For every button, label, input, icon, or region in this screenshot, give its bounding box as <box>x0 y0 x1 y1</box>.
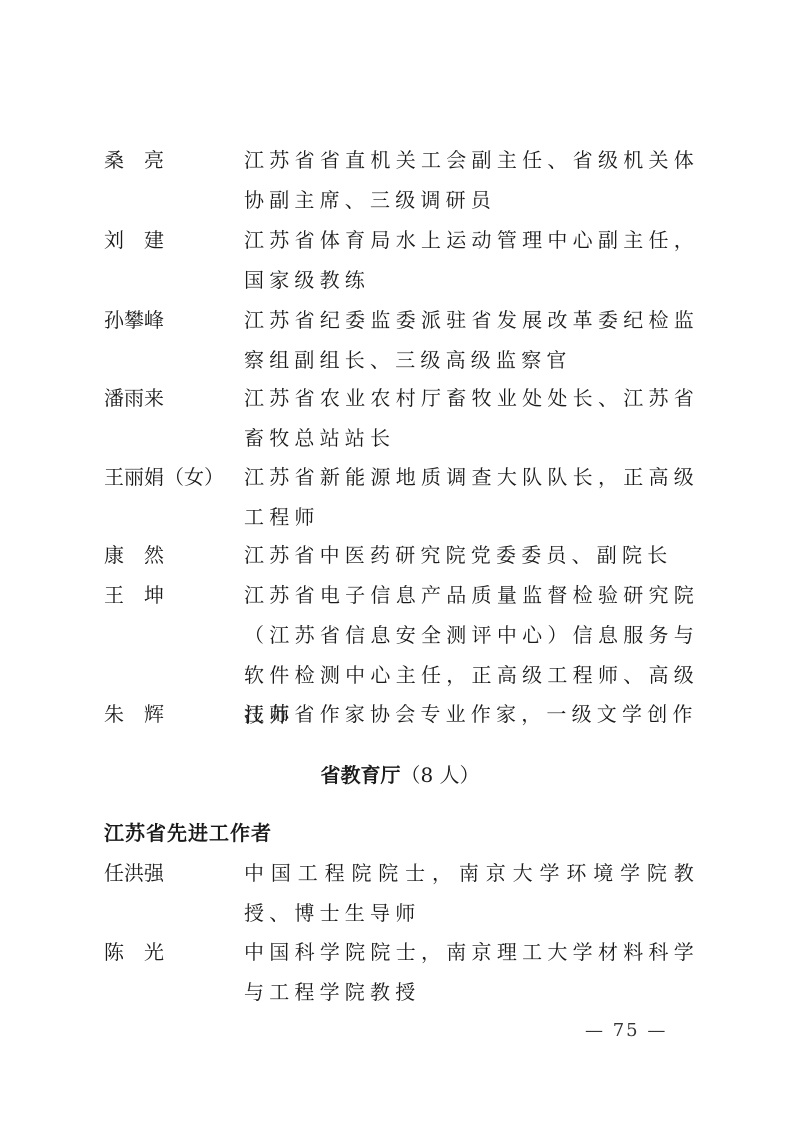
person-name: 王丽娟（女） <box>104 457 244 497</box>
person-title: 江苏省省直机关工会副主任、省级机关体协副主席、三级调研员 <box>244 140 699 220</box>
person-name: 康 然 <box>104 535 244 575</box>
person-name: 王 坤 <box>104 575 244 615</box>
person-title: 江苏省新能源地质调查大队队长，正高级工程师 <box>244 457 699 537</box>
person-title: 中国工程院院士，南京大学环境学院教授、博士生导师 <box>244 853 699 933</box>
person-title: 中国科学院院士，南京理工大学材料科学与工程学院教授 <box>244 932 699 1012</box>
person-title: 江苏省体育局水上运动管理中心副主任，国家级教练 <box>244 220 699 300</box>
person-name: 潘雨来 <box>104 378 244 418</box>
person-name: 任洪强 <box>104 853 244 893</box>
person-name: 孙攀峰 <box>104 300 244 340</box>
page-number: — 75 — <box>585 1020 667 1041</box>
person-title: 江苏省作家协会专业作家，一级文学创作 <box>244 694 699 734</box>
person-name: 桑 亮 <box>104 140 244 180</box>
person-title: 江苏省农业农村厅畜牧业处处长、江苏省畜牧总站站长 <box>244 378 699 458</box>
subsection-heading: 江苏省先进工作者 <box>104 815 272 851</box>
person-name: 陈 光 <box>104 932 244 972</box>
section-heading: 省教育厅（8 人） <box>0 757 800 793</box>
section-count: （8 人） <box>400 763 479 787</box>
document-page: 桑 亮 江苏省省直机关工会副主任、省级机关体协副主席、三级调研员 刘 建 江苏省… <box>0 0 800 1131</box>
person-title: 江苏省纪委监委派驻省发展改革委纪检监察组副组长、三级高级监察官 <box>244 300 699 380</box>
person-name: 朱 辉 <box>104 694 244 734</box>
section-title-text: 省教育厅 <box>320 763 400 787</box>
person-title: 江苏省中医药研究院党委委员、副院长 <box>244 535 699 575</box>
person-name: 刘 建 <box>104 220 244 260</box>
